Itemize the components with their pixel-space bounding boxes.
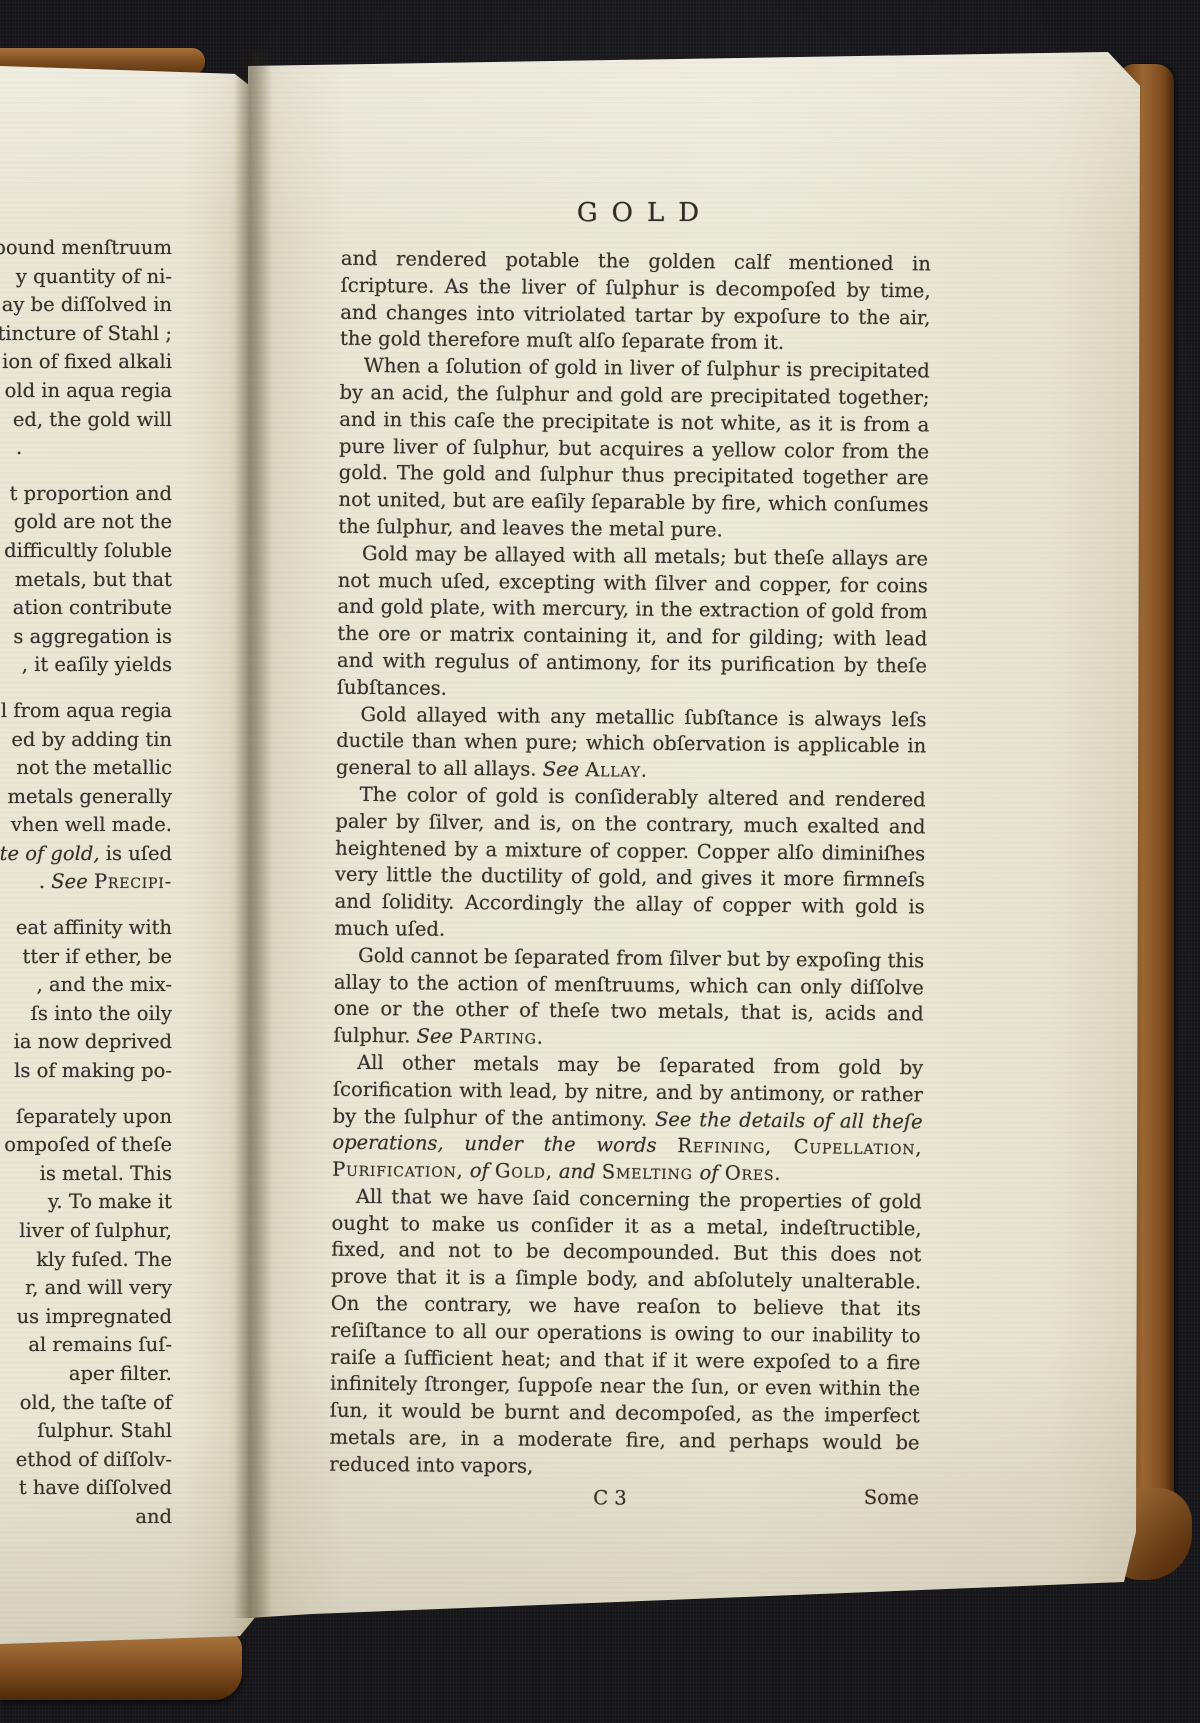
text-segment: metals, but that xyxy=(15,568,172,591)
text-segment: See xyxy=(543,758,586,781)
left-page-line: ſs into the oily xyxy=(0,1000,172,1029)
text-segment: difficultly ſoluble xyxy=(4,539,172,562)
left-page-line: ed, the gold will xyxy=(0,406,172,435)
text-segment: of xyxy=(700,1161,725,1184)
paragraph: All other metals may be ſeparated from g… xyxy=(332,1050,923,1190)
text-segment: , it eaſily yields xyxy=(22,653,172,676)
text-segment: eat affinity with xyxy=(16,916,172,939)
left-page-line: vhen well made. xyxy=(0,811,172,840)
paragraph: Gold may be allayed with all metals; but… xyxy=(337,540,929,706)
paragraph: When a ſolution of gold in liver of ſulp… xyxy=(338,353,930,546)
left-page-line: tter if ether, be xyxy=(0,943,172,972)
text-segment: ſeparately upon xyxy=(16,1105,172,1128)
footline: C 3 Some xyxy=(329,1482,919,1518)
text-segment: When a ſolution of gold in liver of ſulp… xyxy=(338,354,930,541)
left-page-paragraph-fragment: ſeparately uponompoſed of theſeis metal.… xyxy=(0,1103,172,1532)
left-page-line: pound menſtruum xyxy=(0,234,172,263)
left-page-paragraph-fragment: pound menſtruumy quantity of ni-ay be di… xyxy=(0,234,172,463)
text-segment: Gold may be allayed with all metals; but… xyxy=(337,542,928,700)
text-segment: Precipi- xyxy=(94,870,172,893)
text-segment: ed by adding tin xyxy=(11,728,172,751)
left-page-line: . xyxy=(0,434,172,463)
entry-body: and rendered potable the golden calf men… xyxy=(329,246,931,1484)
text-segment: al remains ſuſ- xyxy=(28,1333,172,1356)
text-segment: t proportion and xyxy=(10,482,172,505)
text-segment: ls of making po- xyxy=(14,1059,172,1082)
text-segment: tincture of Stahl ; xyxy=(0,322,172,345)
text-segment: s aggregation is xyxy=(13,625,172,648)
left-page-line: ay be diſſolved in xyxy=(0,291,172,320)
left-page-line: s aggregation is xyxy=(0,623,172,652)
text-segment: old, the taſte of xyxy=(20,1391,172,1414)
left-page-line: ls of making po- xyxy=(0,1057,172,1086)
left-page-line: ia now deprived xyxy=(0,1028,172,1057)
text-segment: tter if ether, be xyxy=(23,945,172,968)
text-segment: Gold, xyxy=(495,1159,553,1183)
left-page-line: metals, but that xyxy=(0,566,172,595)
left-page-line: not the metallic xyxy=(0,754,172,783)
left-page-line: ethod of diſſolv- xyxy=(0,1446,172,1475)
left-page-line: us impregnated xyxy=(0,1303,172,1332)
text-segment: gold are not the xyxy=(14,510,172,533)
text-segment: Ores. xyxy=(725,1162,782,1186)
left-page-text-column: pound menſtruumy quantity of ni-ay be di… xyxy=(0,234,172,1549)
signature-mark: C 3 xyxy=(315,1482,905,1514)
text-segment: y. To make it xyxy=(48,1190,172,1213)
left-page-line: ation contribute xyxy=(0,594,172,623)
text-segment: and xyxy=(559,1160,602,1183)
left-page-line: t proportion and xyxy=(0,480,172,509)
left-page-line: al remains ſuſ- xyxy=(0,1331,172,1360)
left-page-line: liver of ſulphur, xyxy=(0,1217,172,1246)
paragraph: Gold cannot be ſeparated from ſilver but… xyxy=(333,942,924,1055)
text-segment: Allay. xyxy=(585,758,648,782)
left-page-line: y quantity of ni- xyxy=(0,263,172,292)
text-segment: us impregnated xyxy=(17,1305,172,1328)
text-segment: ſs into the oily xyxy=(31,1002,172,1025)
text-segment: and rendered potable the golden calf men… xyxy=(340,247,931,355)
left-page-line: difficultly ſoluble xyxy=(0,537,172,566)
left-page-line: old in aqua regia xyxy=(0,377,172,406)
text-segment: ſulphur. Stahl xyxy=(37,1419,172,1442)
paragraph: Gold allayed with any metallic ſubſtance… xyxy=(336,701,927,787)
text-segment: is metal. This xyxy=(40,1162,172,1185)
text-segment: ia now deprived xyxy=(14,1030,172,1053)
left-page-paragraph-fragment: l from aqua regiaed by adding tinnot the… xyxy=(0,697,172,897)
left-page-line: , and the mix- xyxy=(0,971,172,1000)
left-page-line: t have diſſolved xyxy=(0,1474,172,1503)
text-segment: vhen well made. xyxy=(11,813,172,836)
text-segment: aper filter. xyxy=(69,1362,172,1385)
text-segment: y quantity of ni- xyxy=(16,265,172,288)
left-page-line: . See Precipi- xyxy=(0,868,172,897)
text-segment: ed, the gold will xyxy=(13,408,172,431)
left-page-line: ed by adding tin xyxy=(0,726,172,755)
left-page-line: l from aqua regia xyxy=(0,697,172,726)
left-page-line: ſulphur. Stahl xyxy=(0,1417,172,1446)
left-page-line: kly fuſed. The xyxy=(0,1246,172,1275)
left-page-paragraph-fragment: eat affinity withtter if ether, be, and … xyxy=(0,914,172,1086)
text-segment: . xyxy=(16,436,22,459)
paragraph: All that we have ſaid concerning the pro… xyxy=(329,1184,922,1484)
text-segment: . xyxy=(39,870,51,893)
text-segment: is uſed xyxy=(100,842,172,865)
text-segment: Smelting xyxy=(602,1160,700,1184)
left-page-line: old, the taſte of xyxy=(0,1389,172,1418)
text-segment: and xyxy=(135,1505,172,1528)
text-segment: old in aqua regia xyxy=(5,379,172,402)
text-segment: ion of fixed alkali xyxy=(2,350,172,373)
left-page-line: is metal. This xyxy=(0,1160,172,1189)
text-segment: See xyxy=(51,870,94,893)
text-segment: See xyxy=(417,1025,460,1048)
left-page-line: and xyxy=(0,1503,172,1532)
catchword: Some xyxy=(864,1484,919,1511)
left-page-line: ompoſed of theſe xyxy=(0,1131,172,1160)
text-segment: l from aqua regia xyxy=(1,699,172,722)
text-segment: The color of gold is conſiderably altere… xyxy=(334,783,925,941)
book-photograph: pound menſtruumy quantity of ni-ay be di… xyxy=(0,0,1200,1723)
left-page-line: , it eaſily yields xyxy=(0,651,172,680)
text-segment: not the metallic xyxy=(16,756,172,779)
text-segment: kly fuſed. The xyxy=(36,1248,172,1271)
left-page-paragraph-fragment: t proportion andgold are not thedifficul… xyxy=(0,480,172,680)
text-segment: liver of ſulphur, xyxy=(19,1219,172,1242)
text-segment: r, and will very xyxy=(25,1276,172,1299)
paragraph: The color of gold is conſiderably altere… xyxy=(334,782,926,948)
text-segment: Parting. xyxy=(459,1025,544,1049)
left-page-line: y. To make it xyxy=(0,1188,172,1217)
page-heading: GOLD xyxy=(343,198,933,228)
text-segment: ethod of diſſolv- xyxy=(16,1448,172,1471)
text-segment: metals generally xyxy=(8,785,173,808)
paragraph: and rendered potable the golden calf men… xyxy=(340,246,931,359)
left-page-line: tincture of Stahl ; xyxy=(0,320,172,349)
left-page-line: eat affinity with xyxy=(0,914,172,943)
left-page-line: aper filter. xyxy=(0,1360,172,1389)
text-segment: of xyxy=(470,1159,495,1182)
right-page-text-column: and rendered potable the golden calf men… xyxy=(329,246,931,1518)
left-page-line: r, and will very xyxy=(0,1274,172,1303)
left-page-line: te of gold, is uſed xyxy=(0,840,172,869)
text-segment: All that we have ſaid concerning the pro… xyxy=(329,1185,922,1478)
left-page-line: gold are not the xyxy=(0,508,172,537)
left-page-line: ion of fixed alkali xyxy=(0,348,172,377)
text-segment: t have diſſolved xyxy=(19,1476,172,1499)
text-segment: ay be diſſolved in xyxy=(2,293,172,316)
text-segment: , and the mix- xyxy=(37,973,172,996)
text-segment: te of gold, xyxy=(0,842,100,865)
text-segment: pound menſtruum xyxy=(0,236,172,259)
left-page-line: ſeparately upon xyxy=(0,1103,172,1132)
text-segment: ation contribute xyxy=(13,596,172,619)
left-page-line: metals generally xyxy=(0,783,172,812)
text-segment: ompoſed of theſe xyxy=(4,1133,172,1156)
